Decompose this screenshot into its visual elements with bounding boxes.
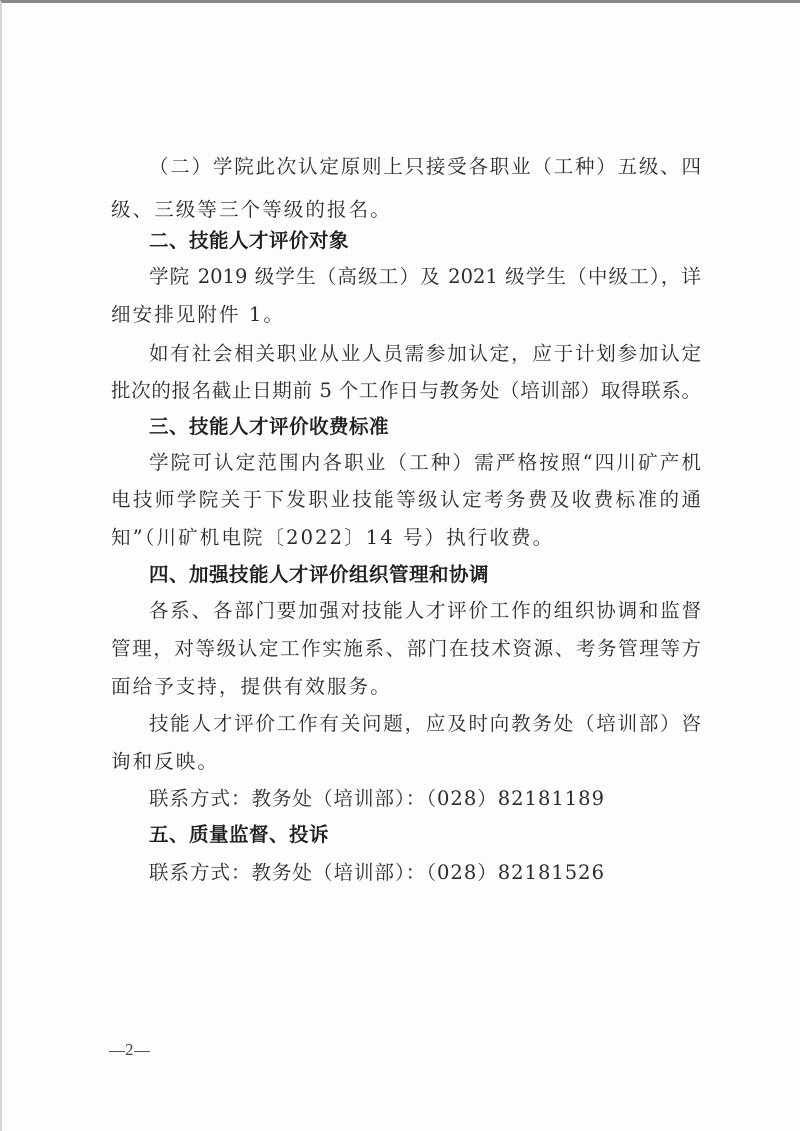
paragraph-line: 技能人才评价工作有关问题，应及时向教务处（培训部）咨 [149, 712, 701, 736]
paragraph-line: 批次的报名截止日期前 5 个工作日与教务处（培训部）取得联系。 [111, 379, 701, 403]
paragraph-line: 级、三级等三个等级的报名。 [111, 198, 701, 222]
contact-line: 联系方式：教务处（培训部）：（028）82181189 [149, 787, 701, 811]
paragraph-line: （二）学院此次认定原则上只接受各职业（工种）五级、四 [149, 155, 701, 179]
paragraph-line: 如有社会相关职业从业人员需参加认定，应于计划参加认定 [149, 342, 701, 366]
paragraph-line: 学院 2019 级学生（高级工）及 2021 级学生（中级工），详 [149, 265, 701, 289]
paragraph-line: 管理，对等级认定工作实施系、部门在技术资源、考务管理等方 [111, 637, 701, 661]
section-heading: 四、加强技能人才评价组织管理和协调 [149, 563, 701, 587]
contact-line: 联系方式：教务处（培训部）：（028）82181526 [149, 861, 701, 885]
paragraph-line: 学院可认定范围内各职业（工种）需严格按照“四川矿产机 [149, 451, 701, 475]
section-heading: 五、质量监督、投诉 [149, 823, 701, 847]
paragraph-line: 电技师学院关于下发职业技能等级认定考务费及收费标准的通 [111, 488, 701, 512]
section-heading: 二、技能人才评价对象 [149, 229, 701, 253]
dash-right [134, 1051, 150, 1052]
paragraph-line: 知”（川矿机电院〔2022〕14 号）执行收费。 [111, 526, 701, 550]
section-heading: 三、技能人才评价收费标准 [149, 415, 701, 439]
document-page: （二）学院此次认定原则上只接受各职业（工种）五级、四 级、三级等三个等级的报名。… [0, 0, 800, 1131]
page-number: 2 [109, 1040, 150, 1060]
paragraph-line: 各系、各部门要加强对技能人才评价工作的组织协调和监督 [149, 599, 701, 623]
paragraph-line: 询和反映。 [111, 750, 701, 774]
paragraph-line: 细安排见附件 1。 [111, 303, 701, 327]
dash-left [109, 1051, 125, 1052]
paragraph-line: 面给予支持，提供有效服务。 [111, 675, 701, 699]
